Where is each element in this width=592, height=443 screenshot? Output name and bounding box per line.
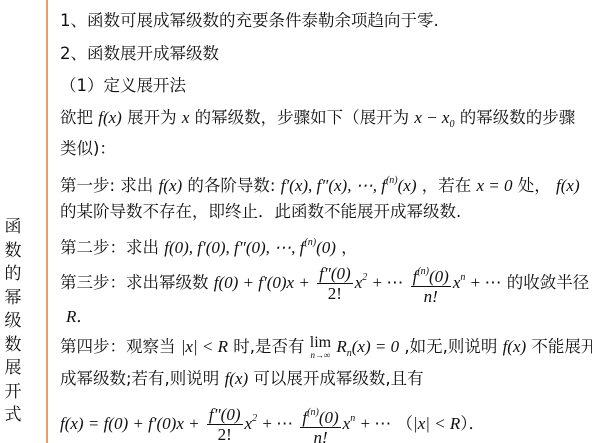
- sidebar-title-char: 幂: [3, 287, 23, 311]
- sidebar-title-char: 式: [3, 404, 23, 428]
- math-x-minus-x0: x − x0: [414, 108, 454, 127]
- final-series-formula: f(x) = f(0) + f′(0)x + f″(0)2!x2 + ⋯ f(n…: [60, 398, 485, 443]
- item-2: 2、函数展开成幂级数: [60, 43, 219, 65]
- step-4: 第四步：观察当 |x| < R 时,是否有 limn→∞ Rn(x) = 0 ,…: [60, 335, 592, 365]
- intro-continuation: 类似)：: [60, 138, 116, 160]
- step-3-radius: R．: [66, 306, 93, 328]
- item-1: 1、函数可展成幂级数的充要条件泰勒余项趋向于零.: [60, 10, 439, 32]
- fraction-nth-derivative: f(n)(0)n!: [411, 262, 451, 306]
- sidebar: 函 数 的 幂 级 数 展 开 式: [0, 0, 44, 443]
- fraction-second-derivative: f″(0)2!: [317, 264, 353, 303]
- limit-expression: limn→∞: [310, 335, 331, 360]
- step-3: 第三步：求出幂级数 f(0) + f′(0)x + f″(0)2!x2 + ⋯ …: [60, 258, 589, 306]
- sidebar-title-char: 函: [3, 216, 23, 240]
- math-fx: f(x): [98, 108, 122, 127]
- step-2: 第二步：求出 f(0), f′(0), f″(0), ⋯, f(n)(0) ，: [60, 232, 358, 259]
- math-x: x: [182, 108, 190, 127]
- math-derivatives: f′(x), f″(x), ⋯, f(n)(x): [281, 176, 417, 195]
- accent-divider-line: [46, 0, 48, 443]
- step-4-continuation: 成幂级数;若有,则说明 f(x) 可以展开成幂级数,且有: [60, 368, 424, 390]
- sidebar-title-char: 数: [3, 334, 23, 358]
- subheading-definition-method: （1）定义展开法: [60, 75, 186, 97]
- intro-line: 欲把 f(x) 展开为 x 的幂级数，步骤如下（展开为 x − x0 的幂级数的…: [60, 107, 575, 136]
- sidebar-title-char: 的: [3, 263, 23, 287]
- step-1-continuation: 的某阶导数不存在，即终止．此函数不能展开成幂级数.: [60, 201, 461, 223]
- sidebar-title-char: 级: [3, 310, 23, 334]
- step-1: 第一步: 求出 f(x) 的各阶导数: f′(x), f″(x), ⋯, f(n…: [60, 170, 580, 197]
- sidebar-title-char: 开: [3, 381, 23, 405]
- sidebar-title-char: 数: [3, 240, 23, 264]
- sidebar-vertical-title: 函 数 的 幂 级 数 展 开 式: [3, 216, 23, 428]
- sidebar-title-char: 展: [3, 357, 23, 381]
- math-values-at-zero: f(0), f′(0), f″(0), ⋯, f(n)(0): [164, 238, 336, 257]
